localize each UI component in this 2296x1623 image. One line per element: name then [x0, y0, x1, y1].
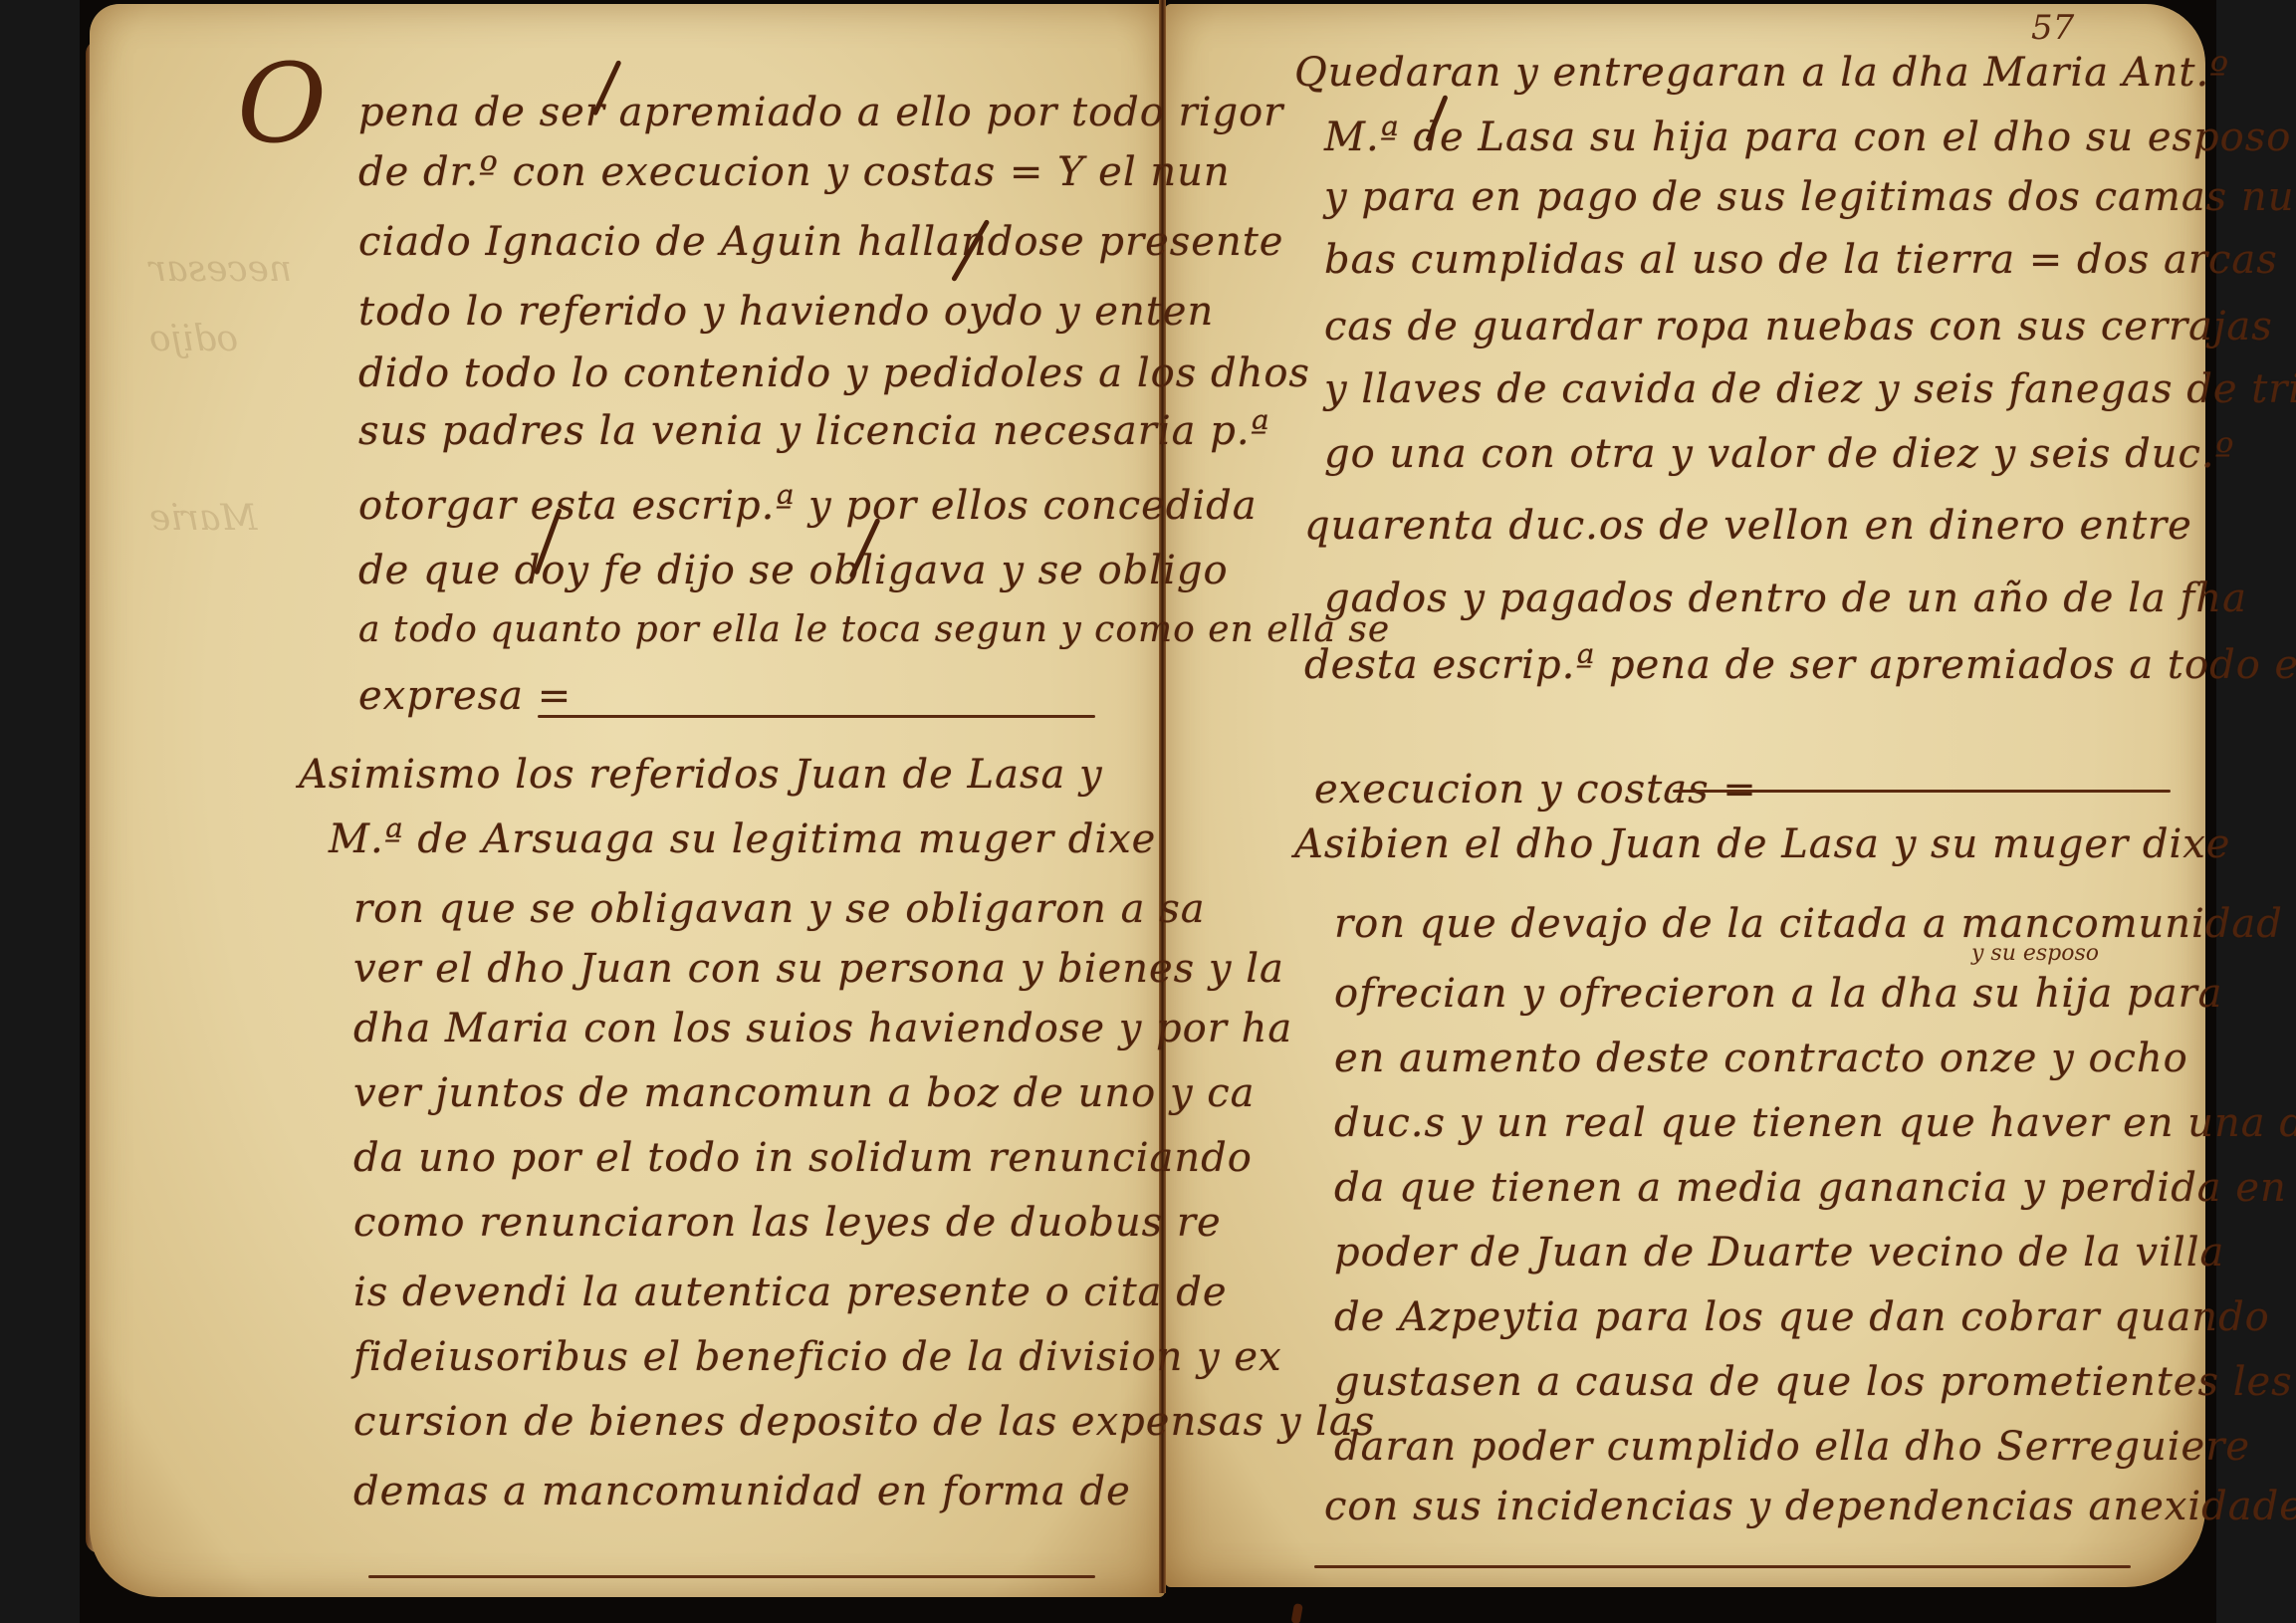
- manuscript-line: ver juntos de mancomun a boz de uno y ca: [353, 1070, 1256, 1116]
- interlinear-note: y su esposo: [1971, 941, 2099, 966]
- manuscript-line: otorgar esta escrip.ª y por ellos conced…: [358, 483, 1258, 529]
- closing-rule: [368, 1575, 1095, 1578]
- manuscript-line: de Azpeytia para los que dan cobrar quan…: [1334, 1294, 2270, 1340]
- manuscript-line: de dr.º con execucion y costas = Y el nu…: [358, 149, 1231, 195]
- manuscript-line: a todo quanto por ella le toca segun y c…: [358, 609, 1390, 650]
- manuscript-line: bas cumplidas al uso de la tierra = dos …: [1324, 237, 2278, 283]
- manuscript-line: duc.s y un real que tienen que haver en …: [1334, 1100, 2296, 1146]
- manuscript-line: dido todo lo contenido y pedidoles a los…: [358, 350, 1310, 396]
- bleed-through-text: Marie: [149, 498, 257, 539]
- manuscript-line: Asibien el dho Juan de Lasa y su muger d…: [1294, 821, 2230, 867]
- decorative-initial: O: [237, 40, 327, 167]
- manuscript-line: da uno por el todo in solidum renunciand…: [353, 1135, 1253, 1181]
- manuscript-line: y llaves de cavida de diez y seis fanega…: [1324, 366, 2296, 412]
- manuscript-line: como renunciaron las leyes de duobus re: [353, 1200, 1222, 1246]
- manuscript-line: cas de guardar ropa nuebas con sus cerra…: [1324, 304, 2273, 349]
- manuscript-line: ofrecian y ofrecieron a la dha su hija p…: [1334, 971, 2223, 1017]
- manuscript-line: go una con otra y valor de diez y seis d…: [1324, 431, 2234, 477]
- manuscript-line: dha Maria con los suios haviendose y por…: [353, 1006, 1292, 1051]
- manuscript-line: con sus incidencias y dependencias anexi…: [1324, 1484, 2296, 1529]
- manuscript-line: poder de Juan de Duarte vecino de la vil…: [1334, 1230, 2224, 1275]
- manuscript-line: y para en pago de sus legitimas dos cama…: [1324, 174, 2296, 220]
- manuscript-line: desta escrip.ª pena de ser apremiados a …: [1304, 642, 2296, 688]
- section-rule: [538, 715, 1095, 718]
- manuscript-line: ron que se obligavan y se obligaron a sa: [353, 886, 1206, 932]
- manuscript-line: gados y pagados dentro de un año de la f…: [1324, 576, 2247, 621]
- bleed-through-text: odijo: [149, 319, 238, 359]
- manuscript-line: gustasen a causa de que los prometientes…: [1334, 1359, 2293, 1405]
- manuscript-line: todo lo referido y haviendo oydo y enten: [358, 289, 1214, 335]
- manuscript-line: daran poder cumplido ella dho Serreguier…: [1334, 1424, 2250, 1470]
- manuscript-line: M.ª de Arsuaga su legitima muger dixe: [329, 816, 1156, 862]
- manuscript-line: Asimismo los referidos Juan de Lasa y: [299, 752, 1103, 798]
- manuscript-line: ciado Ignacio de Aguin hallandose presen…: [358, 219, 1283, 265]
- manuscript-line: M.ª de Lasa su hija para con el dho su e…: [1324, 115, 2291, 160]
- manuscript-line: de que doy fe dijo se obligava y se obli…: [358, 548, 1229, 593]
- manuscript-line: demas a mancomunidad en forma de: [353, 1469, 1131, 1514]
- manuscript-line: expresa =: [358, 673, 572, 719]
- manuscript-line: quarenta duc.os de vellon en dinero entr…: [1304, 503, 2192, 549]
- manuscript-line: sus padres la venia y licencia necesaria…: [358, 408, 1270, 454]
- manuscript-line: Quedaran y entregaran a la dha Maria Ant…: [1294, 50, 2229, 96]
- manuscript-line: is devendi la autentica presente o cita …: [353, 1270, 1228, 1315]
- section-rule: [1673, 790, 2171, 793]
- manuscript-line: da que tienen a media ganancia y perdida…: [1334, 1165, 2287, 1211]
- folio-number: 57: [2031, 8, 2074, 48]
- manuscript-line: pena de ser apremiado a ello por todo ri…: [358, 90, 1283, 135]
- manuscript-line: fideiusoribus el beneficio de la divisio…: [353, 1334, 1282, 1380]
- closing-rule: [1314, 1565, 2131, 1568]
- manuscript-line: cursion de bienes deposito de las expens…: [353, 1399, 1375, 1445]
- manuscript-line: ron que devajo de la citada a mancomunid…: [1334, 901, 2283, 947]
- bleed-through-text: necesar: [149, 249, 292, 290]
- manuscript-line: en aumento deste contracto onze y ocho: [1334, 1036, 2188, 1081]
- manuscript-line: ver el dho Juan con su persona y bienes …: [353, 946, 1284, 992]
